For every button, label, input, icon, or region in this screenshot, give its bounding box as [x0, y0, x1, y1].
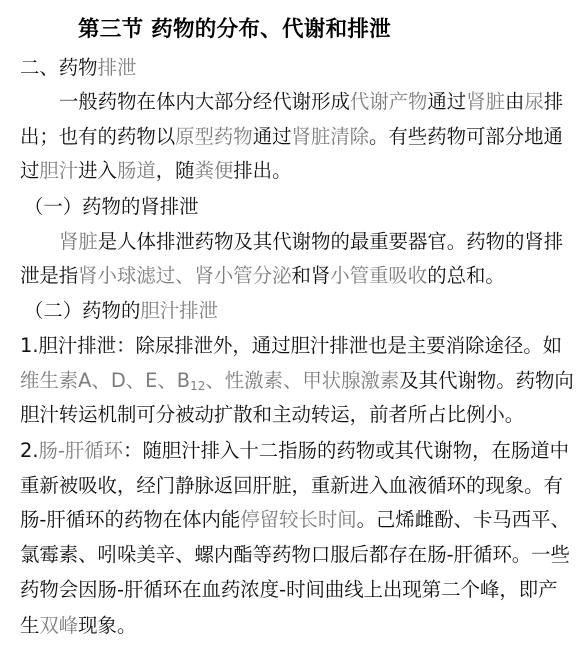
- highlighted-term: 停留较长时间: [240, 508, 356, 531]
- item1-line3: 胆汁转运机制可分被动扩散和主动转运，前者所占比例小。: [20, 403, 524, 427]
- highlighted-term: 肠道: [117, 159, 156, 182]
- subsection-heading-1: （一）药物的肾排泄: [24, 195, 199, 219]
- subsection-2-highlight: 胆汁排泄: [140, 299, 218, 322]
- section-heading-prefix: 二、药物: [20, 56, 98, 79]
- text-segment: 出；也有的药物以: [20, 125, 175, 148]
- highlighted-term: 肠-肝循环: [39, 439, 124, 462]
- text-segment: 泄是指: [20, 264, 78, 287]
- highlighted-term: 肾脏: [59, 230, 98, 253]
- para1-line3: 过胆汁进入肠道，随粪便排出。: [20, 159, 291, 183]
- highlighted-term: 肾小球滤过、肾小管分泌: [78, 264, 291, 287]
- subsection-heading-2: （二）药物的胆汁排泄: [24, 299, 218, 323]
- page-title: 第三节 药物的分布、代谢和排泄: [78, 17, 391, 43]
- highlighted-term: 胆汁: [39, 159, 78, 182]
- para2-line1: 肾脏是人体排泄药物及其代谢物的最重要器官。药物的肾排: [59, 230, 563, 254]
- highlighted-term: 肾脏清除: [291, 125, 369, 148]
- highlighted-term: 12: [190, 379, 205, 393]
- para1-line2: 出；也有的药物以原型药物通过肾脏清除。有些药物可部分地通: [20, 125, 563, 149]
- text-segment: 和肾: [291, 264, 330, 287]
- highlighted-term: 双峰: [39, 614, 78, 637]
- text-segment: 。有些药物可部分地通: [369, 125, 563, 148]
- text-segment: 由: [505, 90, 524, 113]
- text-segment: 1.胆汁排泄：除尿排泄外，通过胆汁排泄也是主要消除途径。如: [20, 334, 562, 357]
- text-segment: 过: [20, 159, 39, 182]
- highlighted-term: 尿: [524, 90, 543, 113]
- highlighted-term: 代谢产物: [350, 90, 428, 113]
- item1-line2: 维生素A、D、E、B12、性激素、甲状腺激素及其代谢物。药物向: [20, 369, 574, 393]
- subsection-2-prefix: （二）药物的: [24, 299, 140, 322]
- section-heading: 二、药物排泄: [20, 56, 136, 80]
- text-segment: ：随胆汁排入十二指肠的药物或其代谢物，在肠道中: [123, 439, 569, 462]
- section-heading-highlight: 排泄: [98, 56, 137, 79]
- item1-line1: 1.胆汁排泄：除尿排泄外，通过胆汁排泄也是主要消除途径。如: [20, 334, 562, 358]
- highlighted-term: 维生素A、D、E、B: [20, 369, 190, 392]
- item2-line3: 肠-肝循环的药物在体内能停留较长时间。己烯雌酚、卡马西平、: [20, 508, 570, 532]
- highlighted-term: 原型药物: [175, 125, 253, 148]
- text-segment: 通过: [253, 125, 292, 148]
- text-segment: 一般药物在体内大部分经代谢形成: [59, 90, 350, 113]
- highlighted-term: 粪便: [195, 159, 234, 182]
- text-segment: 重新被吸收，经门静脉返回肝脏，重新进入血液循环的现象。有: [20, 474, 563, 497]
- item2-line2: 重新被吸收，经门静脉返回肝脏，重新进入血液循环的现象。有: [20, 474, 563, 498]
- text-segment: 现象。: [78, 614, 136, 637]
- text-segment: 排出。: [233, 159, 291, 182]
- text-segment: 通过: [427, 90, 466, 113]
- text-segment: ，随: [156, 159, 195, 182]
- highlighted-term: 小管重吸收: [330, 264, 427, 287]
- text-segment: 肠-肝循环的药物在体内能: [20, 508, 240, 531]
- text-segment: 氯霉素、吲哚美辛、螺内酯等药物口服后都存在肠-肝循环。一些: [20, 543, 570, 566]
- text-segment: 及其代谢物。药物向: [399, 369, 574, 392]
- text-segment: 生: [20, 614, 39, 637]
- text-segment: 药物会因肠-肝循环在血药浓度-时间曲线上出现第二个峰，即产: [20, 578, 558, 601]
- item2-line5: 药物会因肠-肝循环在血药浓度-时间曲线上出现第二个峰，即产: [20, 578, 558, 602]
- item2-line1: 2.肠-肝循环：随胆汁排入十二指肠的药物或其代谢物，在肠道中: [20, 439, 569, 463]
- text-segment: 的总和。: [427, 264, 505, 287]
- text-segment: 胆汁转运机制可分被动扩散和主动转运，前者所占比例小。: [20, 403, 524, 426]
- para2-line2: 泄是指肾小球滤过、肾小管分泌和肾小管重吸收的总和。: [20, 264, 505, 288]
- para1-line1: 一般药物在体内大部分经代谢形成代谢产物通过肾脏由尿排: [59, 90, 563, 114]
- item2-line4: 氯霉素、吲哚美辛、螺内酯等药物口服后都存在肠-肝循环。一些: [20, 543, 570, 567]
- highlighted-term: 、性激素、甲状腺激素: [205, 369, 399, 392]
- text-segment: 进入: [78, 159, 117, 182]
- highlighted-term: 肾脏: [466, 90, 505, 113]
- item2-line6: 生双峰现象。: [20, 614, 136, 638]
- text-segment: 2.: [20, 439, 39, 462]
- text-segment: 。己烯雌酚、卡马西平、: [357, 508, 570, 531]
- text-segment: 是人体排泄药物及其代谢物的最重要器官。药物的肾排: [98, 230, 563, 253]
- text-segment: 排: [544, 90, 563, 113]
